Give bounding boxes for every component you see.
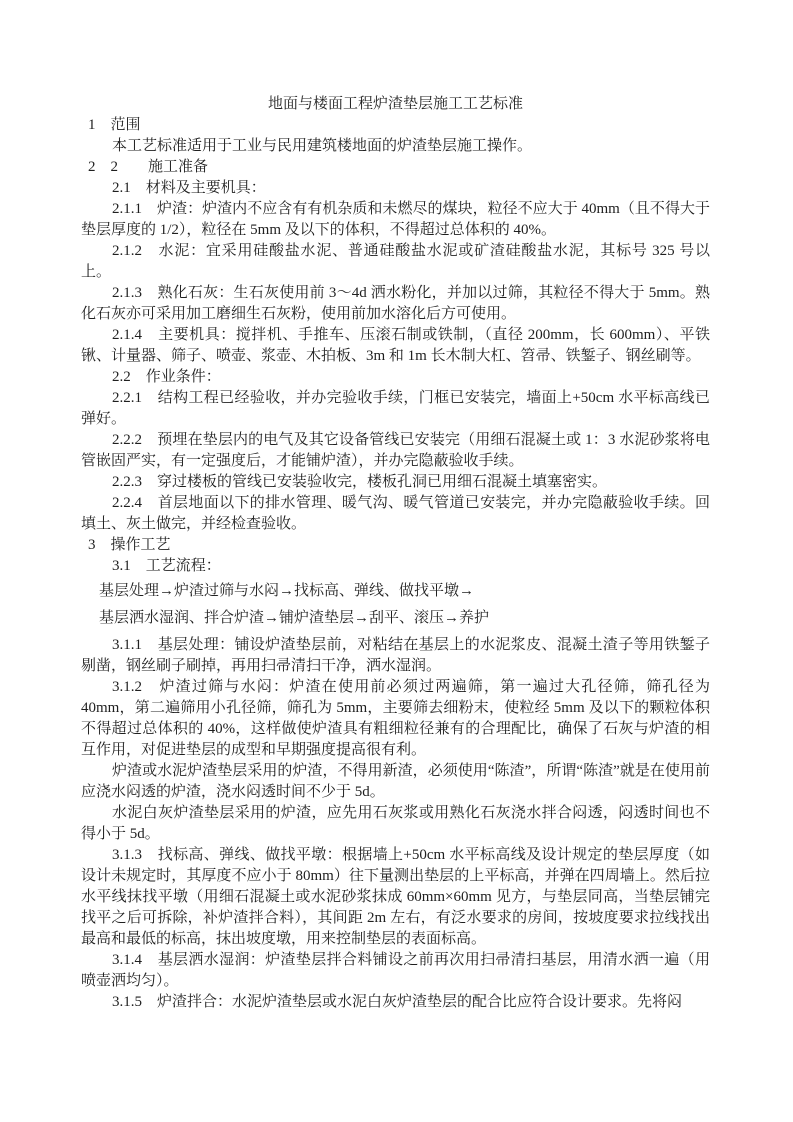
para-2-1-3-slaked-lime: 2.1.3 熟化石灰：生石灰使用前 3～4d 洒水粉化，并加以过筛，其粒径不得大…	[81, 283, 710, 325]
para-3-1-3-leveling: 3.1.3 找标高、弹线、做找平墩：根据墙上+50cm 水平标高线及设计规定的垫…	[81, 845, 710, 950]
para-3-1-4-base-wetting: 3.1.4 基层洒水湿润：炉渣垫层拌合料铺设之前再次用扫帚清扫基层，用清水洒一遍…	[81, 950, 710, 992]
para-2-2-work-conditions: 2.2 作业条件：	[81, 367, 710, 388]
para-2-2-2: 2.2.2 预埋在垫层内的电气及其它设备管线已安装完（用细石混凝土或 1：3 水…	[81, 430, 710, 472]
para-cement-lime-slag: 水泥白灰炉渣垫层采用的炉渣，应先用石灰浆或用熟化石灰浇水拌合闷透，闷透时间也不得…	[81, 803, 710, 845]
heading-construction-preparation: 2 2 施工准备	[81, 157, 710, 178]
document-title: 地面与楼面工程炉渣垫层施工工艺标准	[81, 94, 710, 115]
para-3-1-process-flow: 3.1 工艺流程：	[81, 556, 710, 577]
para-2-2-1: 2.2.1 结构工程已经验收，并办完验收手续，门框已安装完，墙面上+50cm 水…	[81, 388, 710, 430]
process-flow-line-1: 基层处理→炉渣过筛与水闷→找标高、弹线、做找平墩→	[81, 581, 710, 602]
para-2-1-4-main-tools: 2.1.4 主要机具：搅拌机、手推车、压滚石制或铁制，（直径 200mm，长 6…	[81, 325, 710, 367]
para-2-1-materials: 2.1 材料及主要机具：	[81, 178, 710, 199]
para-2-1-2-cement: 2.1.2 水泥：宜采用硅酸盐水泥、普通硅酸盐水泥或矿渣硅酸盐水泥，其标号 32…	[81, 241, 710, 283]
para-3-1-5-slag-mixing: 3.1.5 炉渣拌合：水泥炉渣垫层或水泥白灰炉渣垫层的配合比应符合设计要求。先将…	[81, 992, 710, 1013]
document-page: 地面与楼面工程炉渣垫层施工工艺标准 1 范围 本工艺标准适用于工业与民用建筑楼地…	[0, 0, 793, 1122]
process-flow-line-2: 基层洒水湿润、拌合炉渣→铺炉渣垫层→刮平、滚压→养护	[81, 608, 710, 629]
para-aged-slag: 炉渣或水泥炉渣垫层采用的炉渣，不得用新渣，必须使用“陈渣”，所谓“陈渣”就是在使…	[81, 761, 710, 803]
para-3-1-1-base-treatment: 3.1.1 基层处理：铺设炉渣垫层前，对粘结在基层上的水泥浆皮、混凝土渣子等用铁…	[81, 635, 710, 677]
para-scope-description: 本工艺标准适用于工业与民用建筑楼地面的炉渣垫层施工操作。	[81, 136, 710, 157]
para-2-1-1-slag: 2.1.1 炉渣：炉渣内不应含有有机杂质和未燃尽的煤块，粒径不应大于 40mm（…	[81, 199, 710, 241]
heading-operation-process: 3 操作工艺	[81, 535, 710, 556]
para-3-1-2-slag-sieving: 3.1.2 炉渣过筛与水闷：炉渣在使用前必须过两遍筛，第一遍过大孔径筛，筛孔径为…	[81, 677, 710, 761]
heading-scope: 1 范围	[81, 115, 710, 136]
para-2-2-4: 2.2.4 首层地面以下的排水管理、暖气沟、暖气管道已安装完，并办完隐蔽验收手续…	[81, 493, 710, 535]
para-2-2-3: 2.2.3 穿过楼板的管线已安装验收完，楼板孔洞已用细石混凝土填塞密实。	[81, 472, 710, 493]
